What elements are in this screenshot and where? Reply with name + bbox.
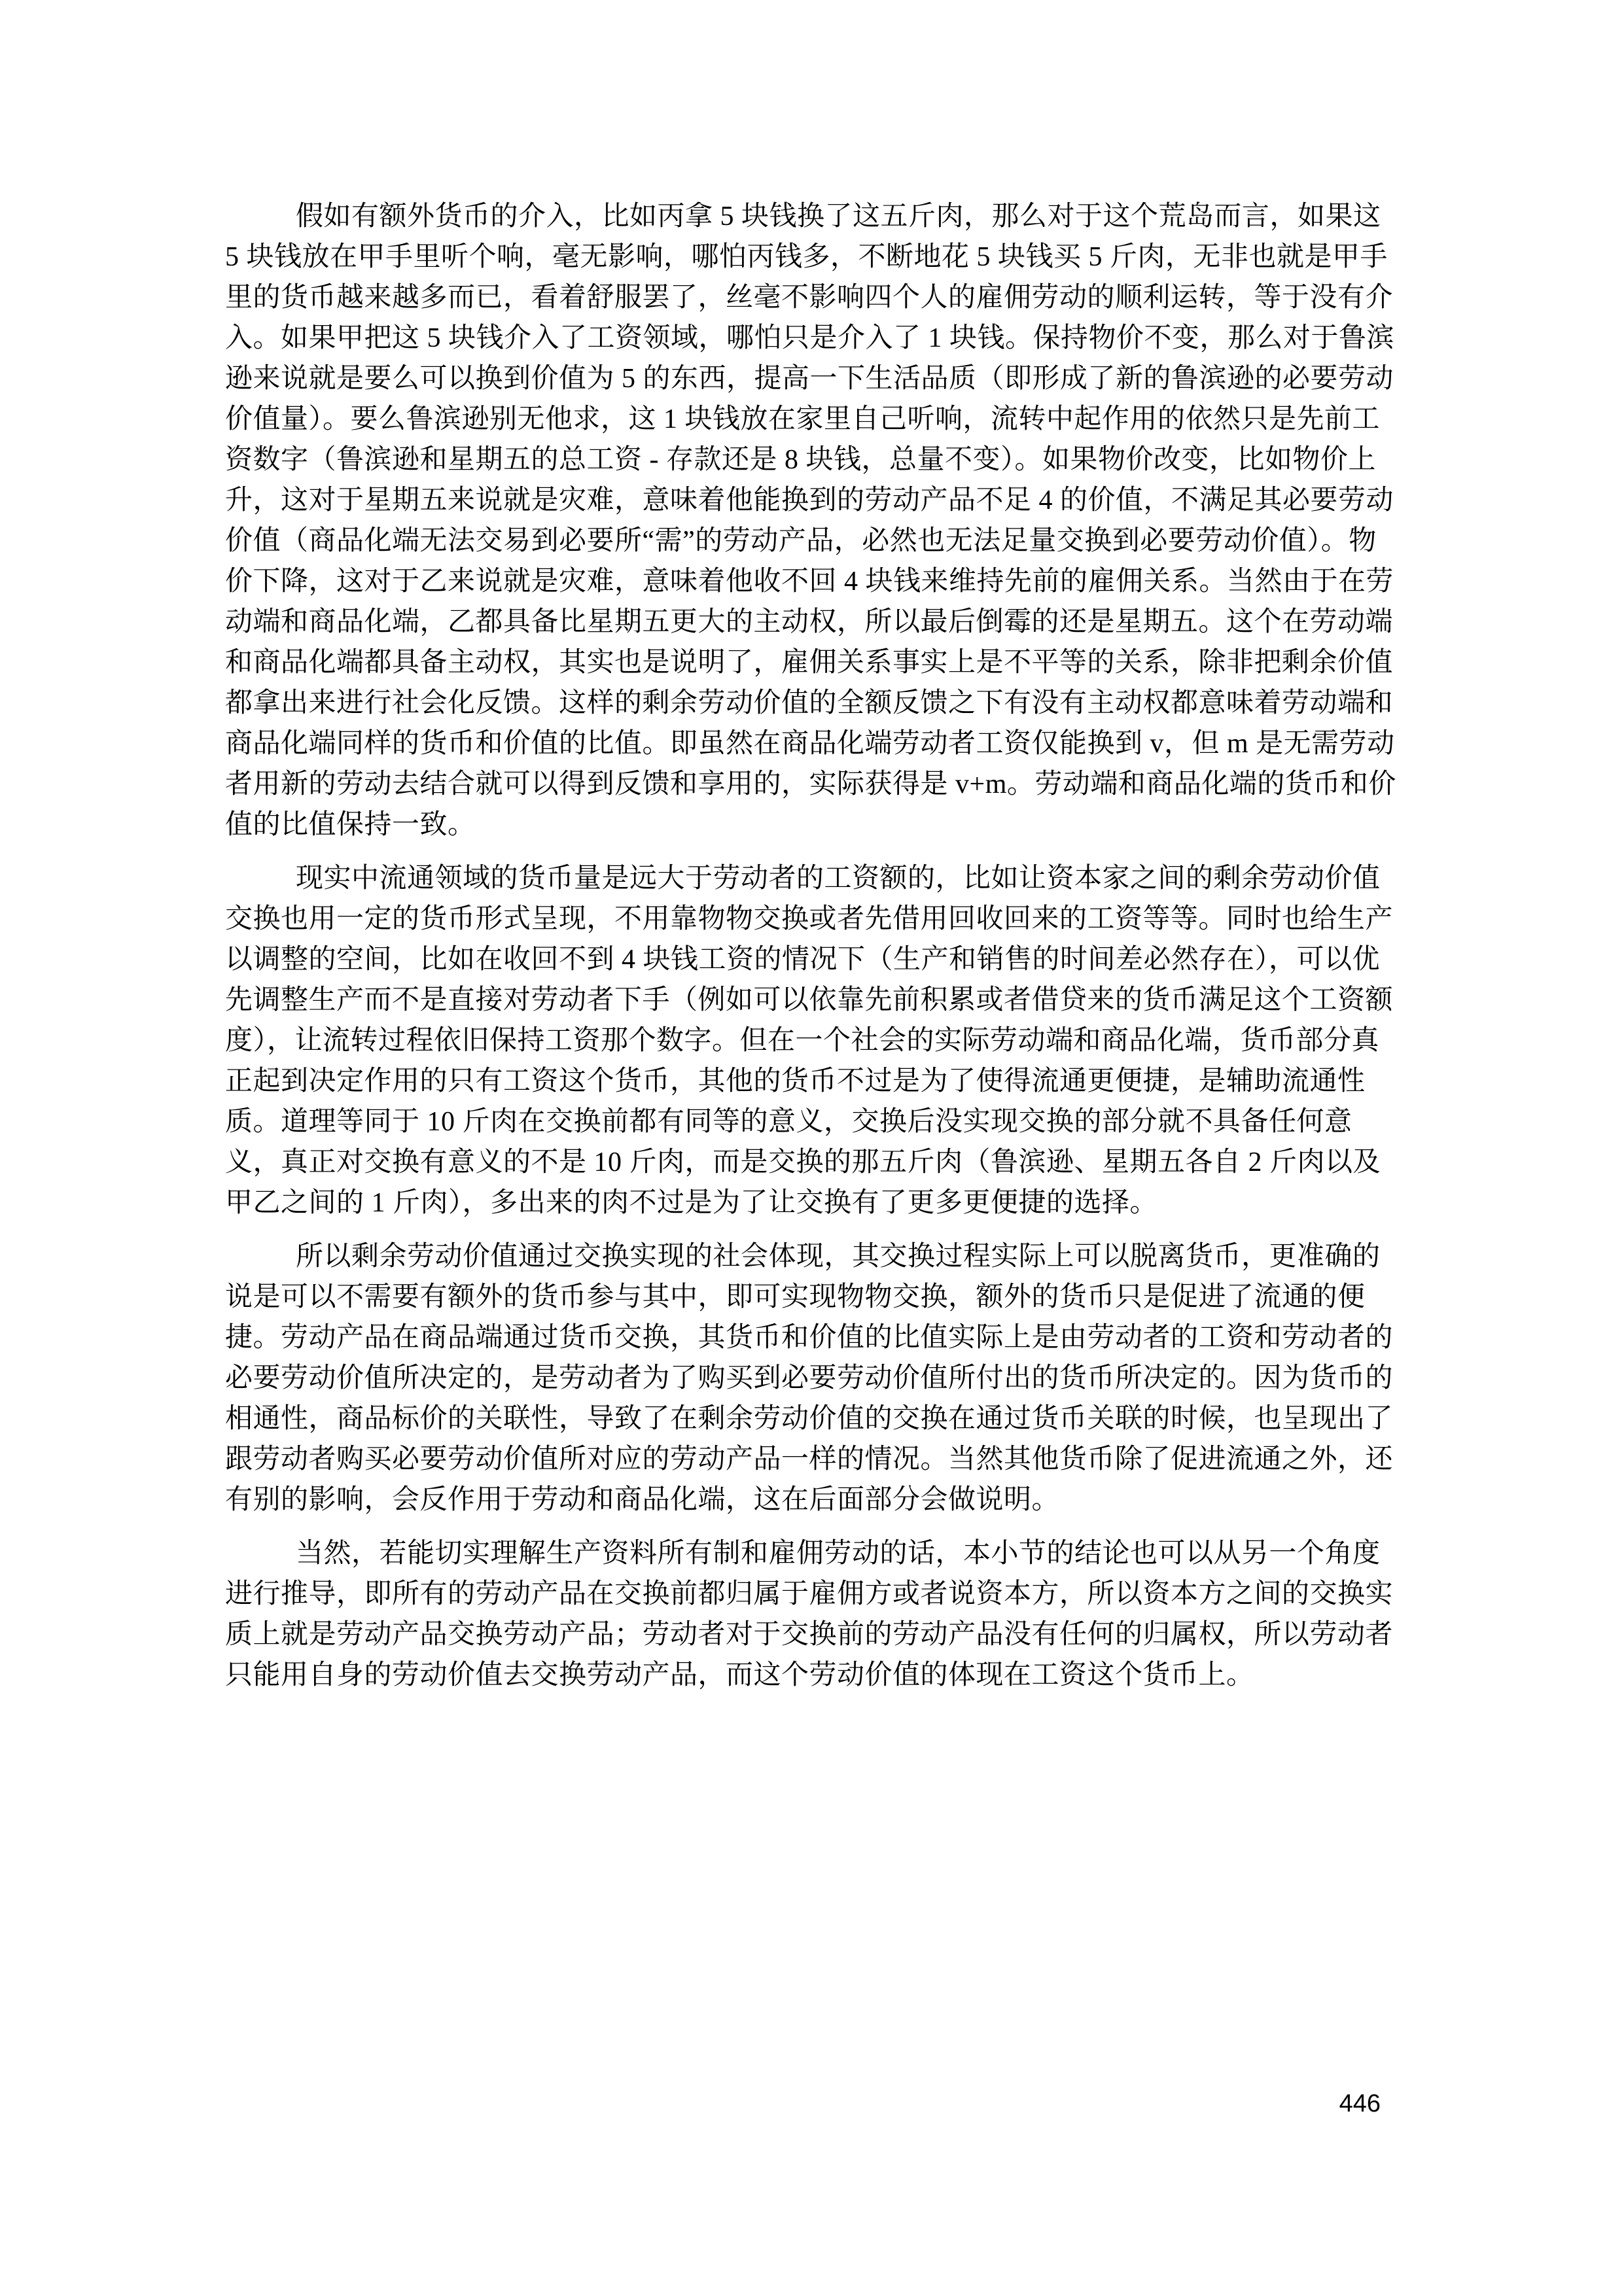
- paragraph-1: 假如有额外货币的介入，比如丙拿 5 块钱换了这五斤肉，那么对于这个荒岛而言，如果…: [225, 196, 1398, 845]
- paragraph-4: 当然，若能切实理解生产资料所有制和雇佣劳动的话，本小节的结论也可以从另一个角度进…: [225, 1533, 1398, 1696]
- page-number: 446: [1339, 2089, 1381, 2118]
- paragraph-2: 现实中流通领域的货币量是远大于劳动者的工资额的，比如让资本家之间的剩余劳动价值交…: [225, 858, 1398, 1223]
- text-content: 假如有额外货币的介入，比如丙拿 5 块钱换了这五斤肉，那么对于这个荒岛而言，如果…: [225, 196, 1398, 1709]
- document-page: 假如有额外货币的介入，比如丙拿 5 块钱换了这五斤肉，那么对于这个荒岛而言，如果…: [0, 0, 1624, 2296]
- paragraph-3: 所以剩余劳动价值通过交换实现的社会体现，其交换过程实际上可以脱离货币，更准确的说…: [225, 1236, 1398, 1520]
